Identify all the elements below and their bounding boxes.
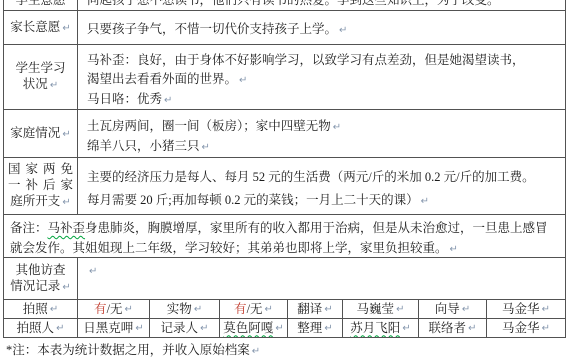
row-expense: 国家两免 一补后家 庭所开支 主要的经济压力是每人、每月 52 元的生活费（两元… <box>4 158 565 215</box>
cell-student-wish: 问起孩子想不想读书，他们只有读书的热爱。学到这些知识上，为了改变。 <box>78 0 565 10</box>
cell-photo-label: 拍照 <box>4 300 78 318</box>
survey-table: 学生意愿 问起孩子想不想读书，他们只有读书的热爱。学到这些知识上，为了改变。 家… <box>3 0 566 338</box>
footnote: *注：本表为统计数据之用，并收入原始档案 <box>6 340 260 358</box>
paragraph-mark-icon <box>60 126 70 140</box>
row-remark: 备注：马补歪身患肺炎，胸膜增厚，家里所有的收入都用于治病，但是从未治愈过，一旦患… <box>4 215 565 258</box>
cell-parent-wish: 只要孩子争气，不惜一切代价支持孩子上学。 <box>78 11 565 44</box>
remark-text: 身患肺炎，胸膜增厚，家里所有的收入都用于治病，但是从未治愈过，一旦患上感冒就会发… <box>10 221 548 255</box>
paragraph-mark-icon <box>237 72 247 86</box>
paragraph-mark-icon <box>48 77 58 91</box>
paragraph-mark-icon <box>322 300 332 318</box>
row-label-family-status: 家庭情况 <box>4 110 78 157</box>
row-study-status: 学生学习 状况 马补歪：良好，由于身体不好影响学习，以致学习有点差劲，但是她渴望… <box>4 45 565 110</box>
label-text: 国家两免 <box>8 161 78 177</box>
row-label-other-record: 其他访查 情况记录 <box>4 258 78 299</box>
value-yes: 有 <box>234 301 247 318</box>
cell-translator-label: 翻译 <box>288 300 343 318</box>
cell-translator-name: 马巍莹 <box>343 300 419 318</box>
cell-photographer-name: 日黑克呷 <box>78 319 150 337</box>
paragraph-mark-icon <box>54 319 64 337</box>
paragraph-mark-icon <box>48 300 58 318</box>
label-text: 状况 <box>23 76 58 94</box>
cell-text-line: 马日咯：优秀 <box>87 90 559 109</box>
label-text: 庭所开支 <box>10 193 70 211</box>
cell-text-line: 每月需要 20 斤;再加每顿 0.2 元的菜钱；一月上二十天的课） <box>87 189 559 214</box>
row-label-student-wish: 学生意愿 <box>4 0 78 10</box>
cell-guide-name: 马金华 <box>487 300 565 318</box>
cell-photographer-label: 拍照人 <box>4 319 78 337</box>
cell-artifact-value: 有/无 <box>220 300 288 318</box>
paragraph-mark-icon <box>60 194 70 208</box>
cell-text-line: 渴望出去看看外面的世界。 <box>87 70 559 91</box>
cell-recorder-label: 记录人 <box>150 319 220 337</box>
label-text: 情况记录 <box>10 278 70 296</box>
paragraph-mark-icon <box>322 319 332 337</box>
paragraph-mark-icon <box>198 319 208 337</box>
cell-study-status: 马补歪：良好，由于身体不好影响学习，以致学习有点差劲，但是她渴望读书， 渴望出去… <box>78 45 565 109</box>
cell-text: 问起孩子想不想读书，他们只有读书的热爱。学到这些知识上，为了改变。 <box>87 0 500 8</box>
paragraph-mark-icon <box>273 319 283 337</box>
row-person: 拍照人 日黑克呷 记录人 莫色阿嘎 整理 苏月飞阳 联络者 马金华 <box>4 319 565 338</box>
label-text: 学生学习 <box>15 60 65 76</box>
row-student-wish: 学生意愿 问起孩子想不想读书，他们只有读书的热爱。学到这些知识上，为了改变。 <box>4 0 565 11</box>
paragraph-mark-icon <box>162 92 172 106</box>
row-photo: 拍照 有/无 实物 有/无 翻译 马巍莹 向导 马金华 <box>4 300 565 319</box>
row-family-status: 家庭情况 土瓦房两间，圈一间（板房）；家中四壁无物 绵羊八只，小猪三只 <box>4 110 565 158</box>
footnote-text: *注：本表为统计数据之用，并收入原始档案 <box>6 343 250 357</box>
label-text: 家庭情况 <box>10 125 70 143</box>
cell-text: 只要孩子争气，不惜一切代价支持孩子上学。 <box>87 19 347 37</box>
cell-other-record-empty <box>78 258 565 299</box>
row-other-record: 其他访查 情况记录 <box>4 258 565 300</box>
label-text: 一补后家 <box>8 177 78 193</box>
paragraph-mark-icon <box>200 139 210 153</box>
row-label-expense: 国家两免 一补后家 庭所开支 <box>4 158 78 214</box>
row-label-study-status: 学生学习 状况 <box>4 45 78 109</box>
label-text: 其他访查 <box>15 262 65 278</box>
value-yes: 有 <box>94 301 107 318</box>
cell-text-line: 绵羊八只，小猪三只 <box>87 137 559 157</box>
cell-guide-label: 向导 <box>419 300 487 318</box>
paragraph-mark-icon <box>540 300 550 318</box>
paragraph-mark-icon <box>263 300 273 318</box>
row-parent-wish: 家长意愿 只要孩子争气，不惜一切代价支持孩子上学。 <box>4 11 565 45</box>
paragraph-mark-icon <box>394 300 404 318</box>
remark-prefix: 备注： <box>10 221 48 235</box>
cell-expense: 主要的经济压力是每人、每月 52 元的生活费（两元/斤的米加 0.2 元/斤的加… <box>78 158 565 214</box>
paragraph-mark-icon <box>419 193 429 207</box>
cell-text-line: 主要的经济压力是每人、每月 52 元的生活费（两元/斤的米加 0.2 元/斤的加… <box>87 166 559 189</box>
paragraph-mark-icon <box>460 300 470 318</box>
label-text: 学生意愿 <box>15 0 65 8</box>
cell-family-status: 土瓦房两间，圈一间（板房）；家中四壁无物 绵羊八只，小猪三只 <box>78 110 565 157</box>
paragraph-mark-icon <box>60 279 70 293</box>
paragraph-mark-icon <box>133 319 143 337</box>
row-label-parent-wish: 家长意愿 <box>4 11 78 44</box>
paragraph-mark-icon <box>60 20 70 34</box>
paragraph-mark-icon <box>448 241 458 255</box>
cell-organizer-label: 整理 <box>288 319 343 337</box>
document-page: 学生意愿 问起孩子想不想读书，他们只有读书的热爱。学到这些知识上，为了改变。 家… <box>0 0 575 361</box>
paragraph-mark-icon <box>250 343 260 357</box>
cell-liaison-label: 联络者 <box>419 319 487 337</box>
cell-recorder-name: 莫色阿嘎 <box>220 319 288 337</box>
paragraph-mark-icon <box>400 319 410 337</box>
paragraph-mark-icon <box>540 319 550 337</box>
paragraph-mark-icon <box>331 119 341 133</box>
cell-organizer-name: 苏月飞阳 <box>343 319 419 337</box>
cell-photo-value: 有/无 <box>78 300 150 318</box>
cell-artifact-label: 实物 <box>150 300 220 318</box>
remark-name-highlight: 马补歪 <box>48 221 86 235</box>
paragraph-mark-icon <box>123 300 133 318</box>
paragraph-mark-icon <box>192 300 202 318</box>
cell-liaison-name: 马金华 <box>487 319 565 337</box>
label-text: 家长意愿 <box>10 19 70 37</box>
paragraph-mark-icon <box>466 319 476 337</box>
cell-text-line: 土瓦房两间，圈一间（板房）；家中四壁无物 <box>87 117 559 137</box>
paragraph-mark-icon <box>87 263 97 277</box>
cell-text-line: 马补歪：良好，由于身体不好影响学习，以致学习有点差劲，但是她渴望读书， <box>87 51 559 70</box>
paragraph-mark-icon <box>337 22 347 36</box>
